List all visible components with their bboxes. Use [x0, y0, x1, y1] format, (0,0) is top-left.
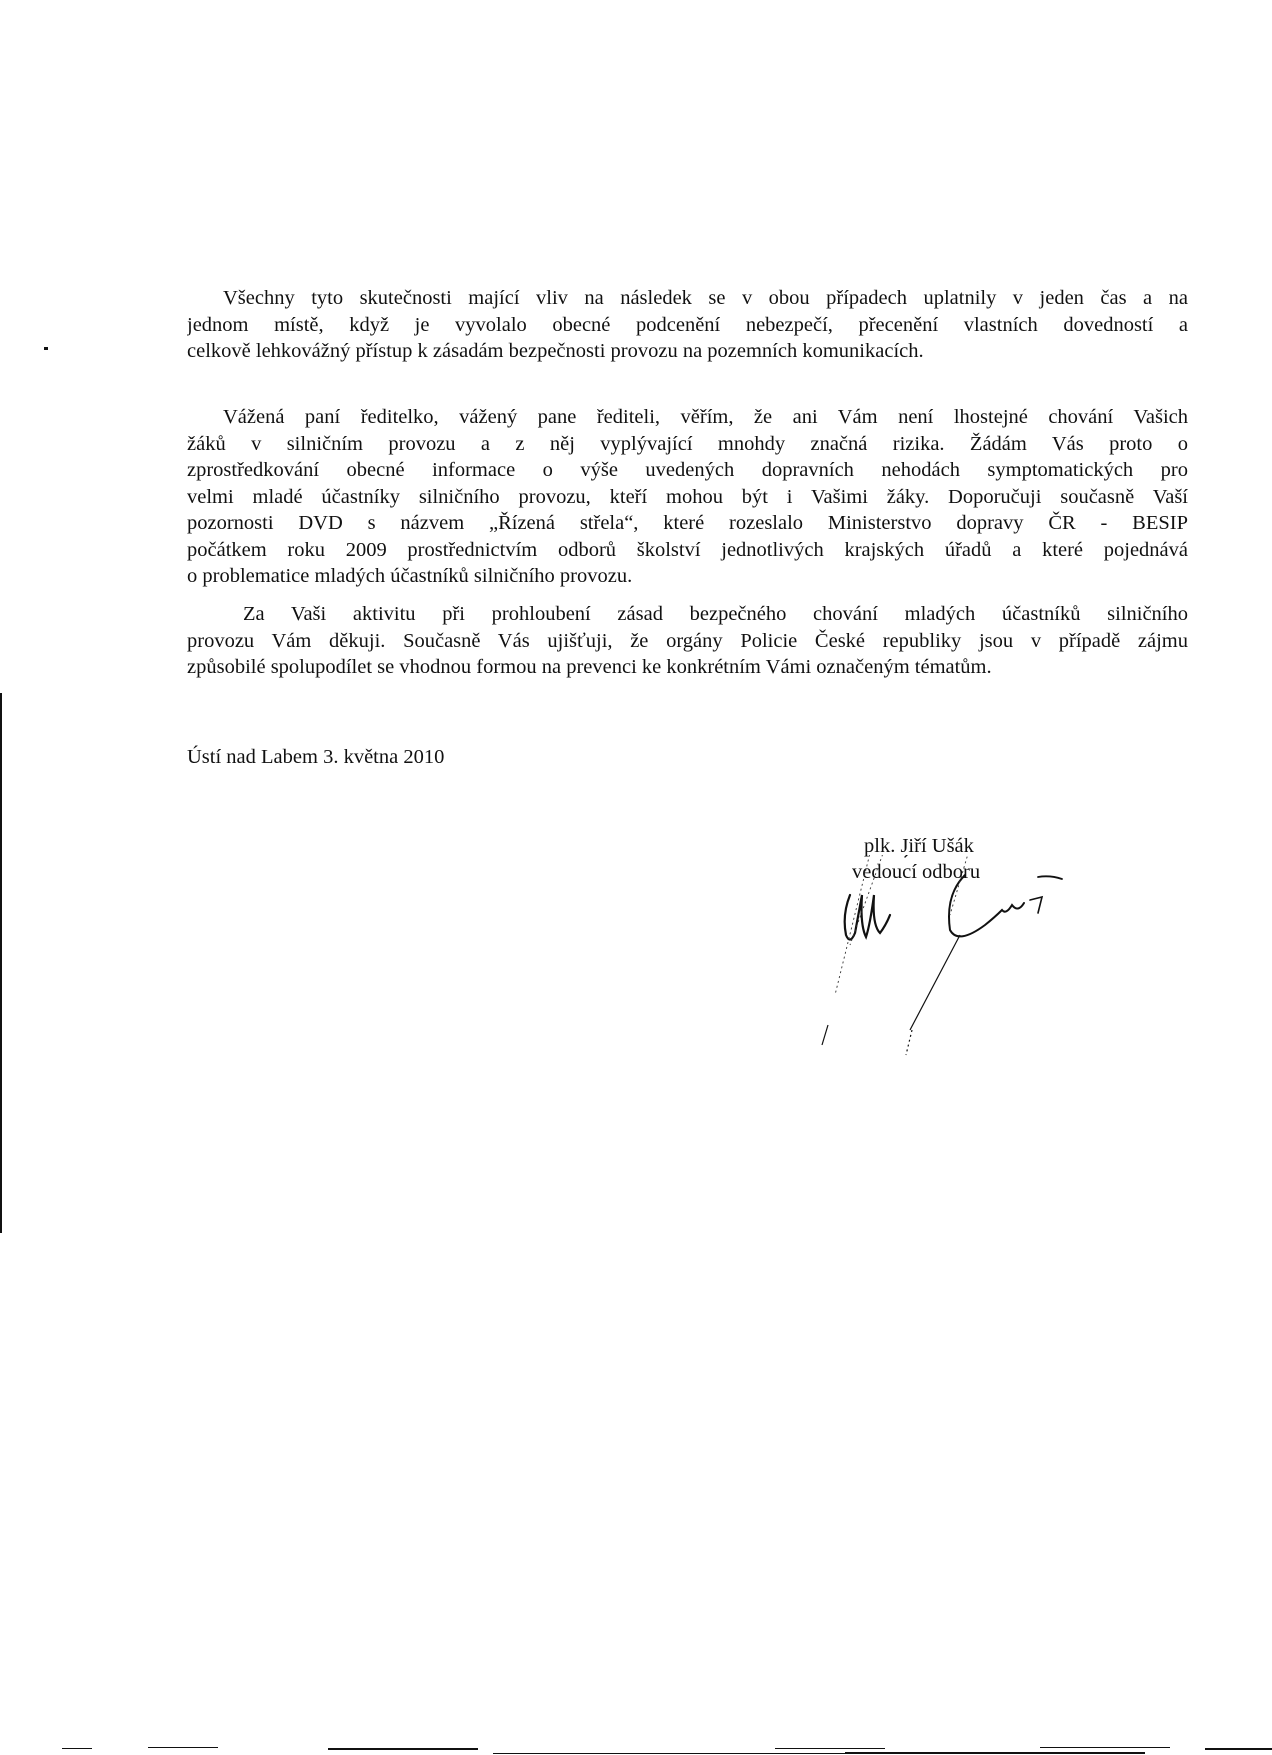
- paragraph-line: Všechny tyto skutečnosti mající vliv na …: [187, 285, 1188, 312]
- scan-artifact-bottom-line: [1040, 1747, 1170, 1748]
- paragraph-thanks: Za Vaši aktivitu při prohloubení zásad b…: [187, 601, 1188, 681]
- scan-artifact-bottom-line: [62, 1748, 92, 1749]
- signatory-name: plk. Jiří Ušák: [852, 833, 980, 859]
- paragraph-line: provozu Vám děkuji. Současně Vás ujišťuj…: [187, 628, 1188, 655]
- place-and-date: Ústí nad Labem 3. května 2010: [187, 746, 444, 769]
- paragraph-line: jednom místě, když je vyvolalo obecné po…: [187, 312, 1188, 339]
- signatory-position: vedoucí odboru: [852, 859, 980, 885]
- paragraph-line: pozornosti DVD s názvem „Řízená střela“,…: [187, 510, 1188, 537]
- scan-artifact-bottom-line: [845, 1752, 1145, 1754]
- paragraph-line: počátkem roku 2009 prostřednictvím odbor…: [187, 537, 1188, 564]
- paragraph-consequences: Všechny tyto skutečnosti mající vliv na …: [187, 285, 1188, 365]
- paragraph-line: Za Vaši aktivitu při prohloubení zásad b…: [187, 601, 1188, 628]
- paragraph-line: velmi mladé účastníky silničního provozu…: [187, 484, 1188, 511]
- paragraph-request: Vážená paní ředitelko, vážený pane ředit…: [187, 404, 1188, 590]
- scan-artifact-bottom-line: [328, 1748, 478, 1750]
- paragraph-line: o problematice mladých účastníků silničn…: [187, 563, 1188, 590]
- scan-artifact-bottom-line: [148, 1747, 218, 1748]
- scan-artifact-bottom-line: [775, 1748, 885, 1749]
- paragraph-line: způsobilé spolupodílet se vhodnou formou…: [187, 654, 1188, 681]
- scan-artifact-bottom-line: [493, 1753, 873, 1754]
- scan-artifact-bottom-line: [1205, 1748, 1272, 1750]
- handwritten-signature-icon: [780, 855, 1130, 1085]
- signature-block: plk. Jiří Ušák vedoucí odboru: [852, 833, 980, 885]
- paragraph-line: celkově lehkovážný přístup k zásadám bez…: [187, 338, 1188, 365]
- scan-artifact-mark: [44, 347, 48, 350]
- scan-artifact-edge-line: [0, 693, 2, 1233]
- letter-page: Všechny tyto skutečnosti mající vliv na …: [0, 0, 1272, 1755]
- paragraph-line: žáků v silničním provozu a z něj vyplýva…: [187, 431, 1188, 458]
- paragraph-line: zprostředkování obecné informace o výše …: [187, 457, 1188, 484]
- paragraph-line: Vážená paní ředitelko, vážený pane ředit…: [187, 404, 1188, 431]
